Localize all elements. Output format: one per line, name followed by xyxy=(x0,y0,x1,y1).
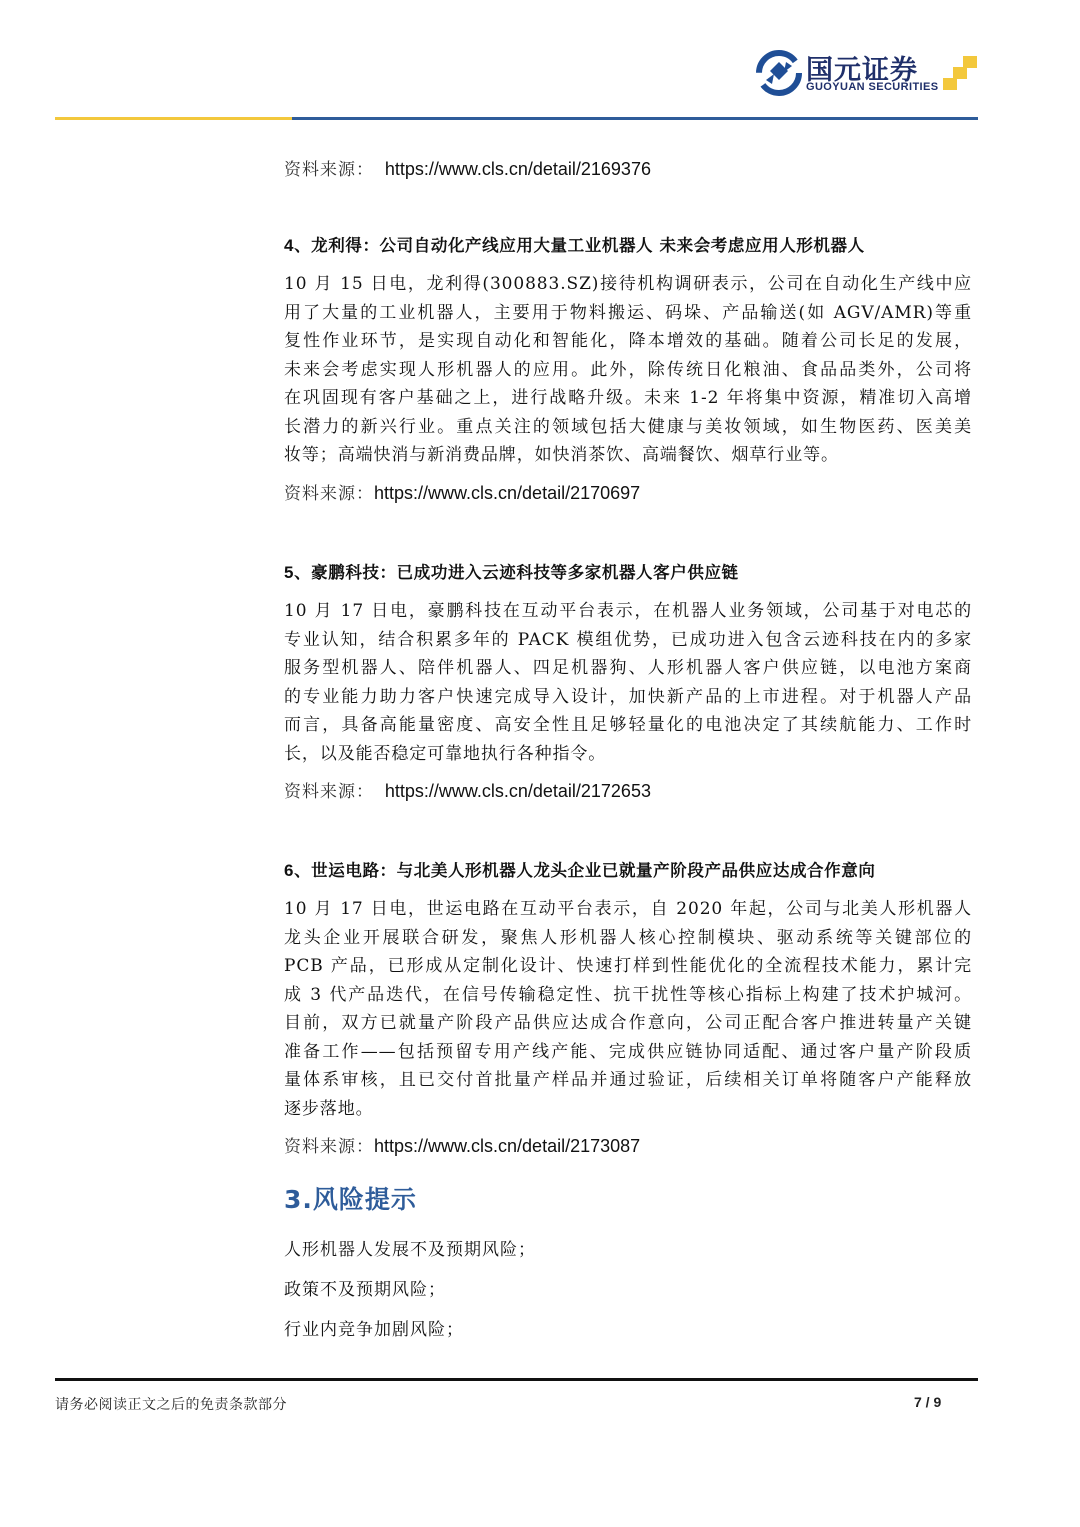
source-link[interactable]: https://www.cls.cn/detail/2173087 xyxy=(374,1136,640,1156)
section-title: 3.风险提示 xyxy=(284,1182,972,1218)
risk-item: 行业内竞争加剧风险； xyxy=(284,1316,972,1344)
guoyuan-emblem-icon xyxy=(756,50,802,96)
source-line: 资料来源：https://www.cls.cn/detail/2173087 xyxy=(284,1132,972,1161)
logo-squares-icon xyxy=(943,56,979,92)
logo-english-name: GUOYUAN SECURITIES xyxy=(806,81,939,93)
news-item-title: 6、世运电路：与北美人形机器人龙头企业已就量产阶段产品供应达成合作意向 xyxy=(284,857,972,885)
source-link[interactable]: https://www.cls.cn/detail/2170697 xyxy=(374,483,640,503)
news-item-body: 10 月 17 日电，豪鹏科技在互动平台表示，在机器人业务领域，公司基于对电芯的… xyxy=(284,597,972,768)
source-link[interactable]: https://www.cls.cn/detail/2172653 xyxy=(385,781,651,801)
page-number: 7 / 9 xyxy=(914,1394,941,1410)
risk-item: 人形机器人发展不及预期风险； xyxy=(284,1236,972,1264)
risk-section: 3.风险提示 人形机器人发展不及预期风险； 政策不及预期风险； 行业内竞争加剧风… xyxy=(284,1182,972,1344)
source-label: 资料来源： xyxy=(284,160,374,180)
news-item-5: 5、豪鹏科技：已成功进入云迹科技等多家机器人客户供应链 10 月 17 日电，豪… xyxy=(284,559,972,806)
footer-disclaimer: 请务必阅读正文之后的免责条款部分 xyxy=(55,1394,287,1414)
source-line: 资料来源：https://www.cls.cn/detail/2170697 xyxy=(284,479,972,508)
news-item-body: 10 月 17 日电，世运电路在互动平台表示，自 2020 年起，公司与北美人形… xyxy=(284,895,972,1123)
header-rule-blue xyxy=(292,117,978,120)
news-item-body: 10 月 15 日电，龙利得(300883.SZ)接待机构调研表示，公司在自动化… xyxy=(284,270,972,470)
page-header: 国元证券 GUOYUAN SECURITIES xyxy=(0,0,1080,122)
news-item-4: 4、龙利得：公司自动化产线应用大量工业机器人 未来会考虑应用人形机器人 10 月… xyxy=(284,232,972,508)
company-logo: 国元证券 GUOYUAN SECURITIES xyxy=(756,50,981,98)
footer-rule xyxy=(55,1378,978,1381)
news-item-title: 4、龙利得：公司自动化产线应用大量工业机器人 未来会考虑应用人形机器人 xyxy=(284,232,972,260)
source-line: 资料来源： https://www.cls.cn/detail/2169376 xyxy=(284,155,651,184)
source-line: 资料来源： https://www.cls.cn/detail/2172653 xyxy=(284,777,972,806)
header-rule-yellow xyxy=(55,117,292,120)
news-item-title: 5、豪鹏科技：已成功进入云迹科技等多家机器人客户供应链 xyxy=(284,559,972,587)
risk-item: 政策不及预期风险； xyxy=(284,1276,972,1304)
news-item-6: 6、世运电路：与北美人形机器人龙头企业已就量产阶段产品供应达成合作意向 10 月… xyxy=(284,857,972,1161)
source-link[interactable]: https://www.cls.cn/detail/2169376 xyxy=(385,159,651,179)
